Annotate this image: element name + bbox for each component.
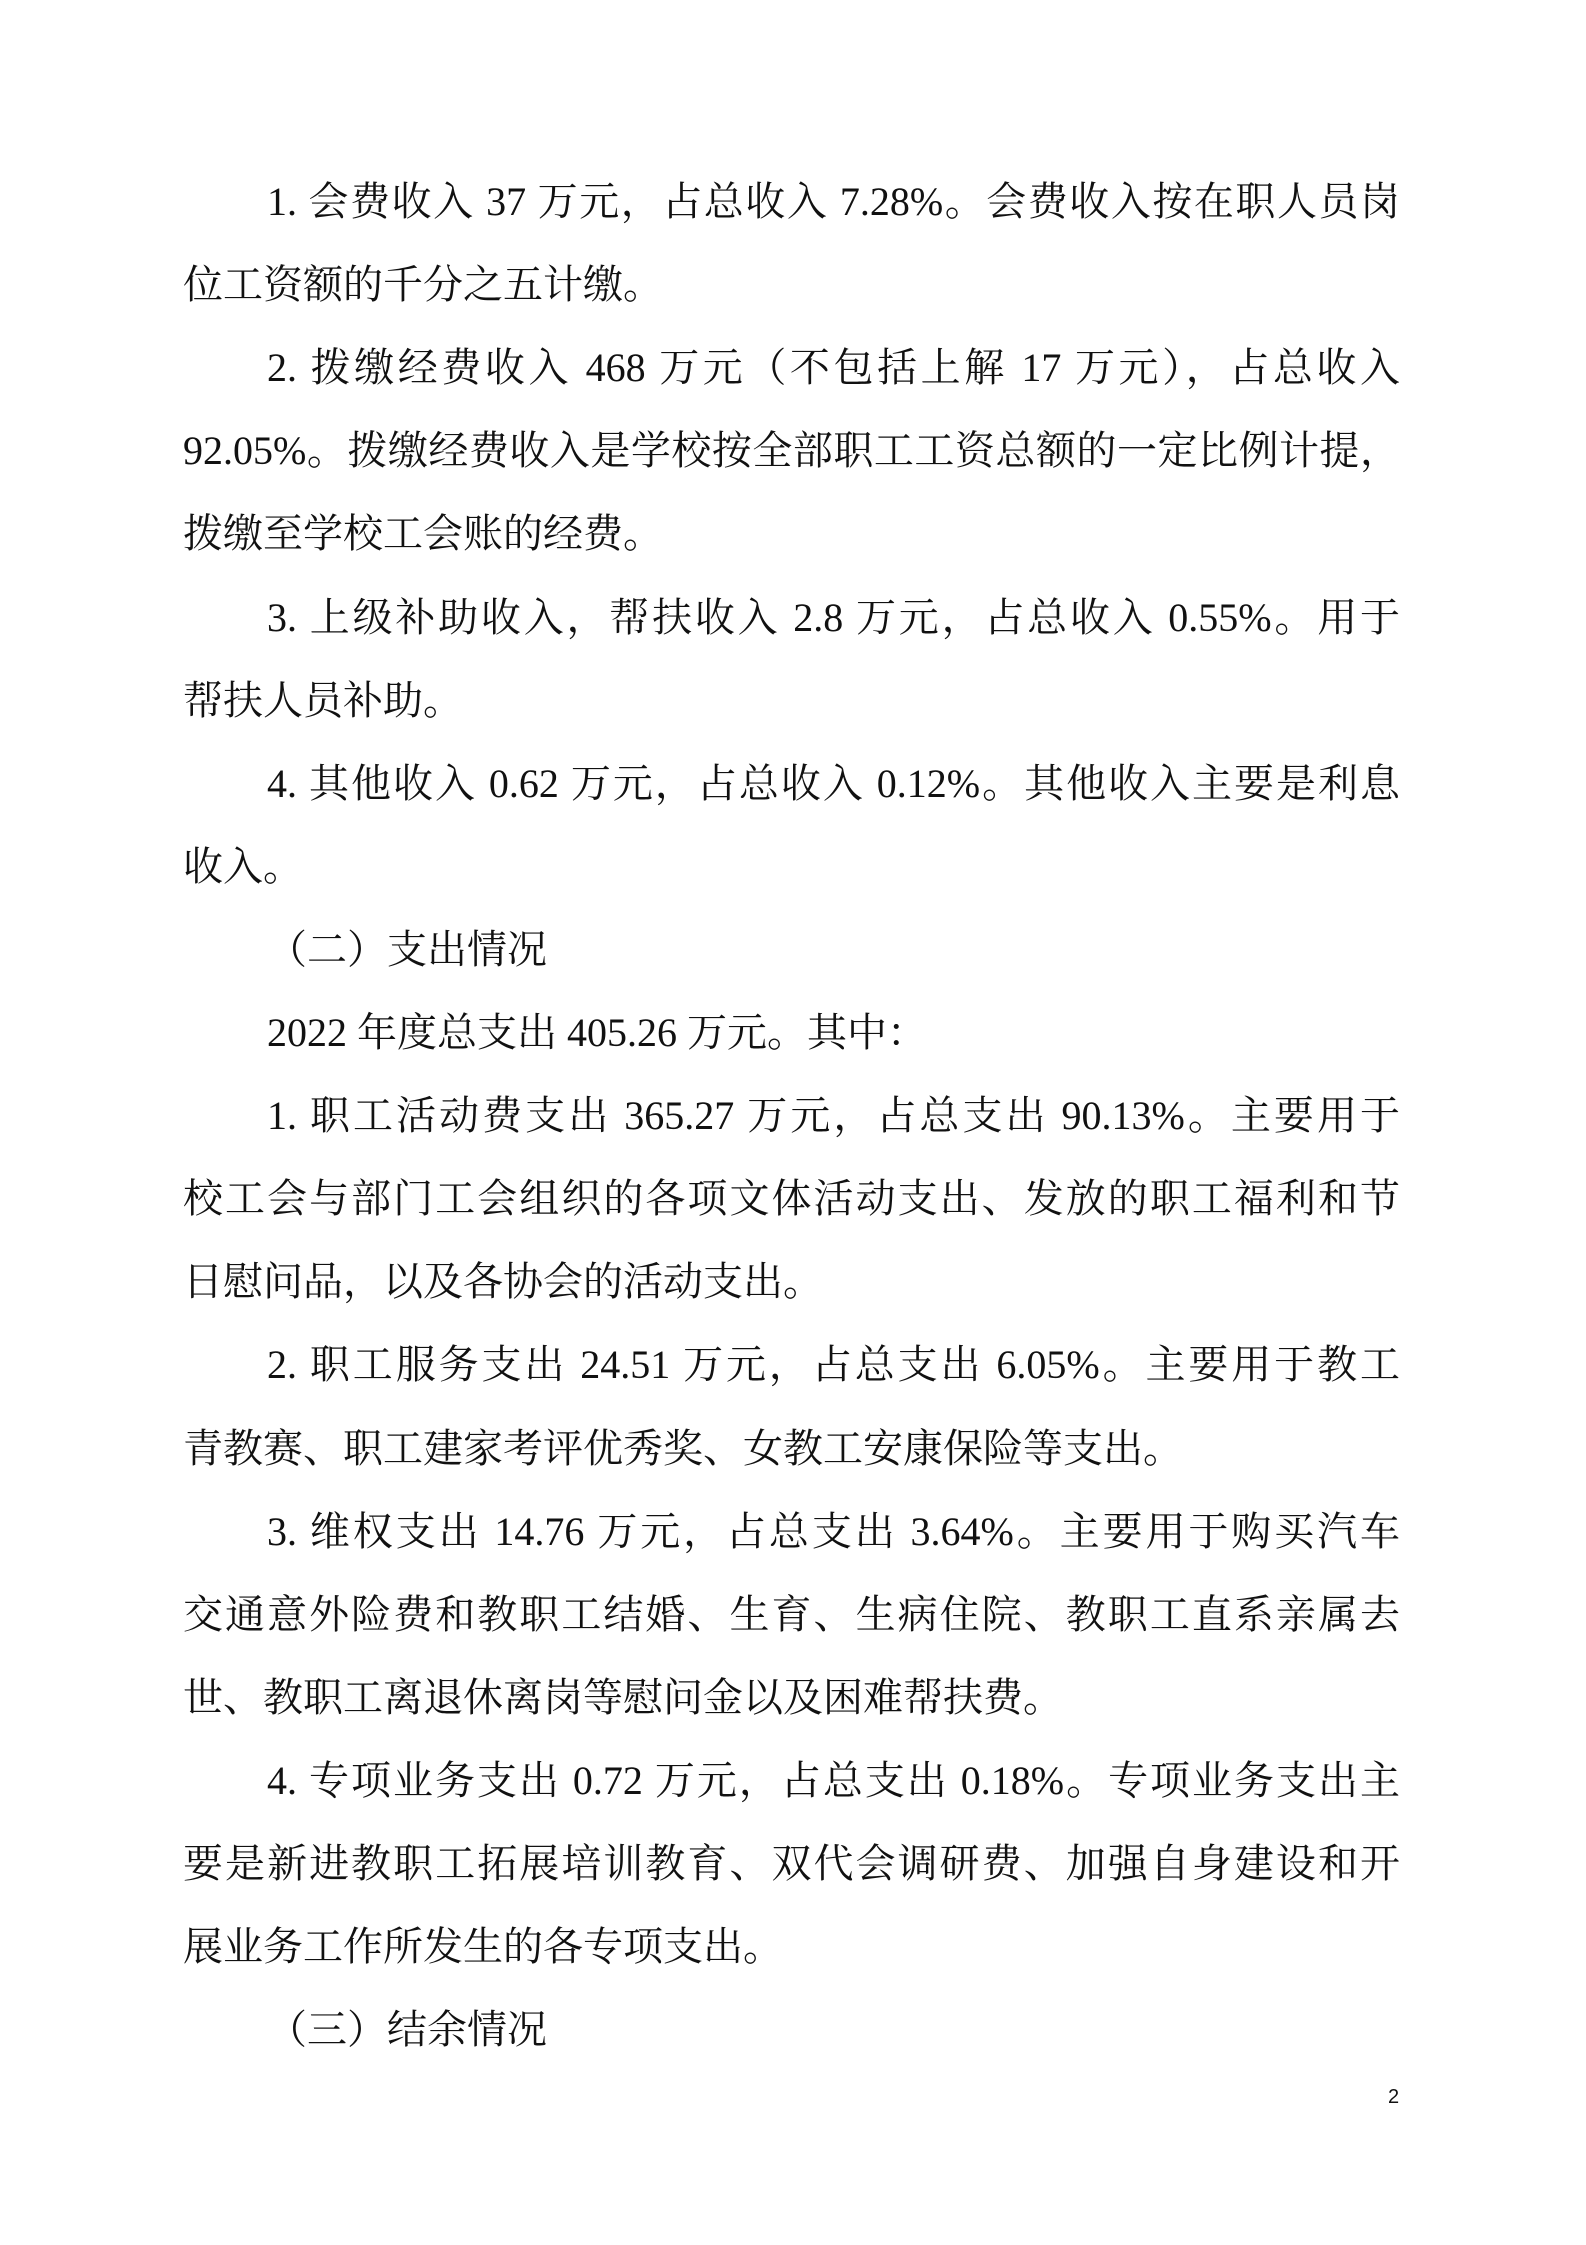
text-line: 校工会与部门工会组织的各项文体活动支出、发放的职工福利和节 xyxy=(183,1169,1400,1229)
text-line: 4. 其他收入 0.62 万元，占总收入 0.12%。其他收入主要是利息 xyxy=(267,754,1400,814)
text-line: 日慰问品，以及各协会的活动支出。 xyxy=(183,1252,1400,1312)
text-line: 位工资额的千分之五计缴。 xyxy=(183,255,1400,315)
page-number: 2 xyxy=(1388,2086,1399,2109)
text-line: 拨缴至学校工会账的经费。 xyxy=(183,504,1400,564)
text-line: 世、教职工离退休离岗等慰问金以及困难帮扶费。 xyxy=(183,1668,1400,1728)
text-line: 交通意外险费和教职工结婚、生育、生病住院、教职工直系亲属去 xyxy=(183,1585,1400,1645)
text-line: 要是新进教职工拓展培训教育、双代会调研费、加强自身建设和开 xyxy=(183,1834,1400,1894)
text-line: 展业务工作所发生的各专项支出。 xyxy=(183,1917,1400,1977)
text-line: 3. 上级补助收入，帮扶收入 2.8 万元，占总收入 0.55%。用于 xyxy=(267,588,1400,648)
text-line: 2. 拨缴经费收入 468 万元（不包括上解 17 万元），占总收入 xyxy=(267,338,1400,398)
text-line: 1. 会费收入 37 万元，占总收入 7.28%。会费收入按在职人员岗 xyxy=(267,172,1400,232)
text-line: 2022 年度总支出 405.26 万元。其中： xyxy=(267,1003,1400,1063)
text-line: 帮扶人员补助。 xyxy=(183,671,1400,731)
text-line: 2. 职工服务支出 24.51 万元，占总支出 6.05%。主要用于教工 xyxy=(267,1335,1400,1395)
text-line: 92.05%。拨缴经费收入是学校按全部职工工资总额的一定比例计提， xyxy=(183,421,1400,481)
text-line: 4. 专项业务支出 0.72 万元，占总支出 0.18%。专项业务支出主 xyxy=(267,1751,1400,1811)
text-line: 收入。 xyxy=(183,837,1400,897)
document-page: 1. 会费收入 37 万元，占总收入 7.28%。会费收入按在职人员岗 位工资额… xyxy=(0,0,1586,2245)
text-line: 青教赛、职工建家考评优秀奖、女教工安康保险等支出。 xyxy=(183,1419,1400,1479)
text-line: 1. 职工活动费支出 365.27 万元，占总支出 90.13%。主要用于 xyxy=(267,1086,1400,1146)
section-heading-balance: （三）结余情况 xyxy=(267,2000,1400,2060)
text-line: 3. 维权支出 14.76 万元，占总支出 3.64%。主要用于购买汽车 xyxy=(267,1502,1400,1562)
section-heading-expenditure: （二）支出情况 xyxy=(267,920,1400,980)
